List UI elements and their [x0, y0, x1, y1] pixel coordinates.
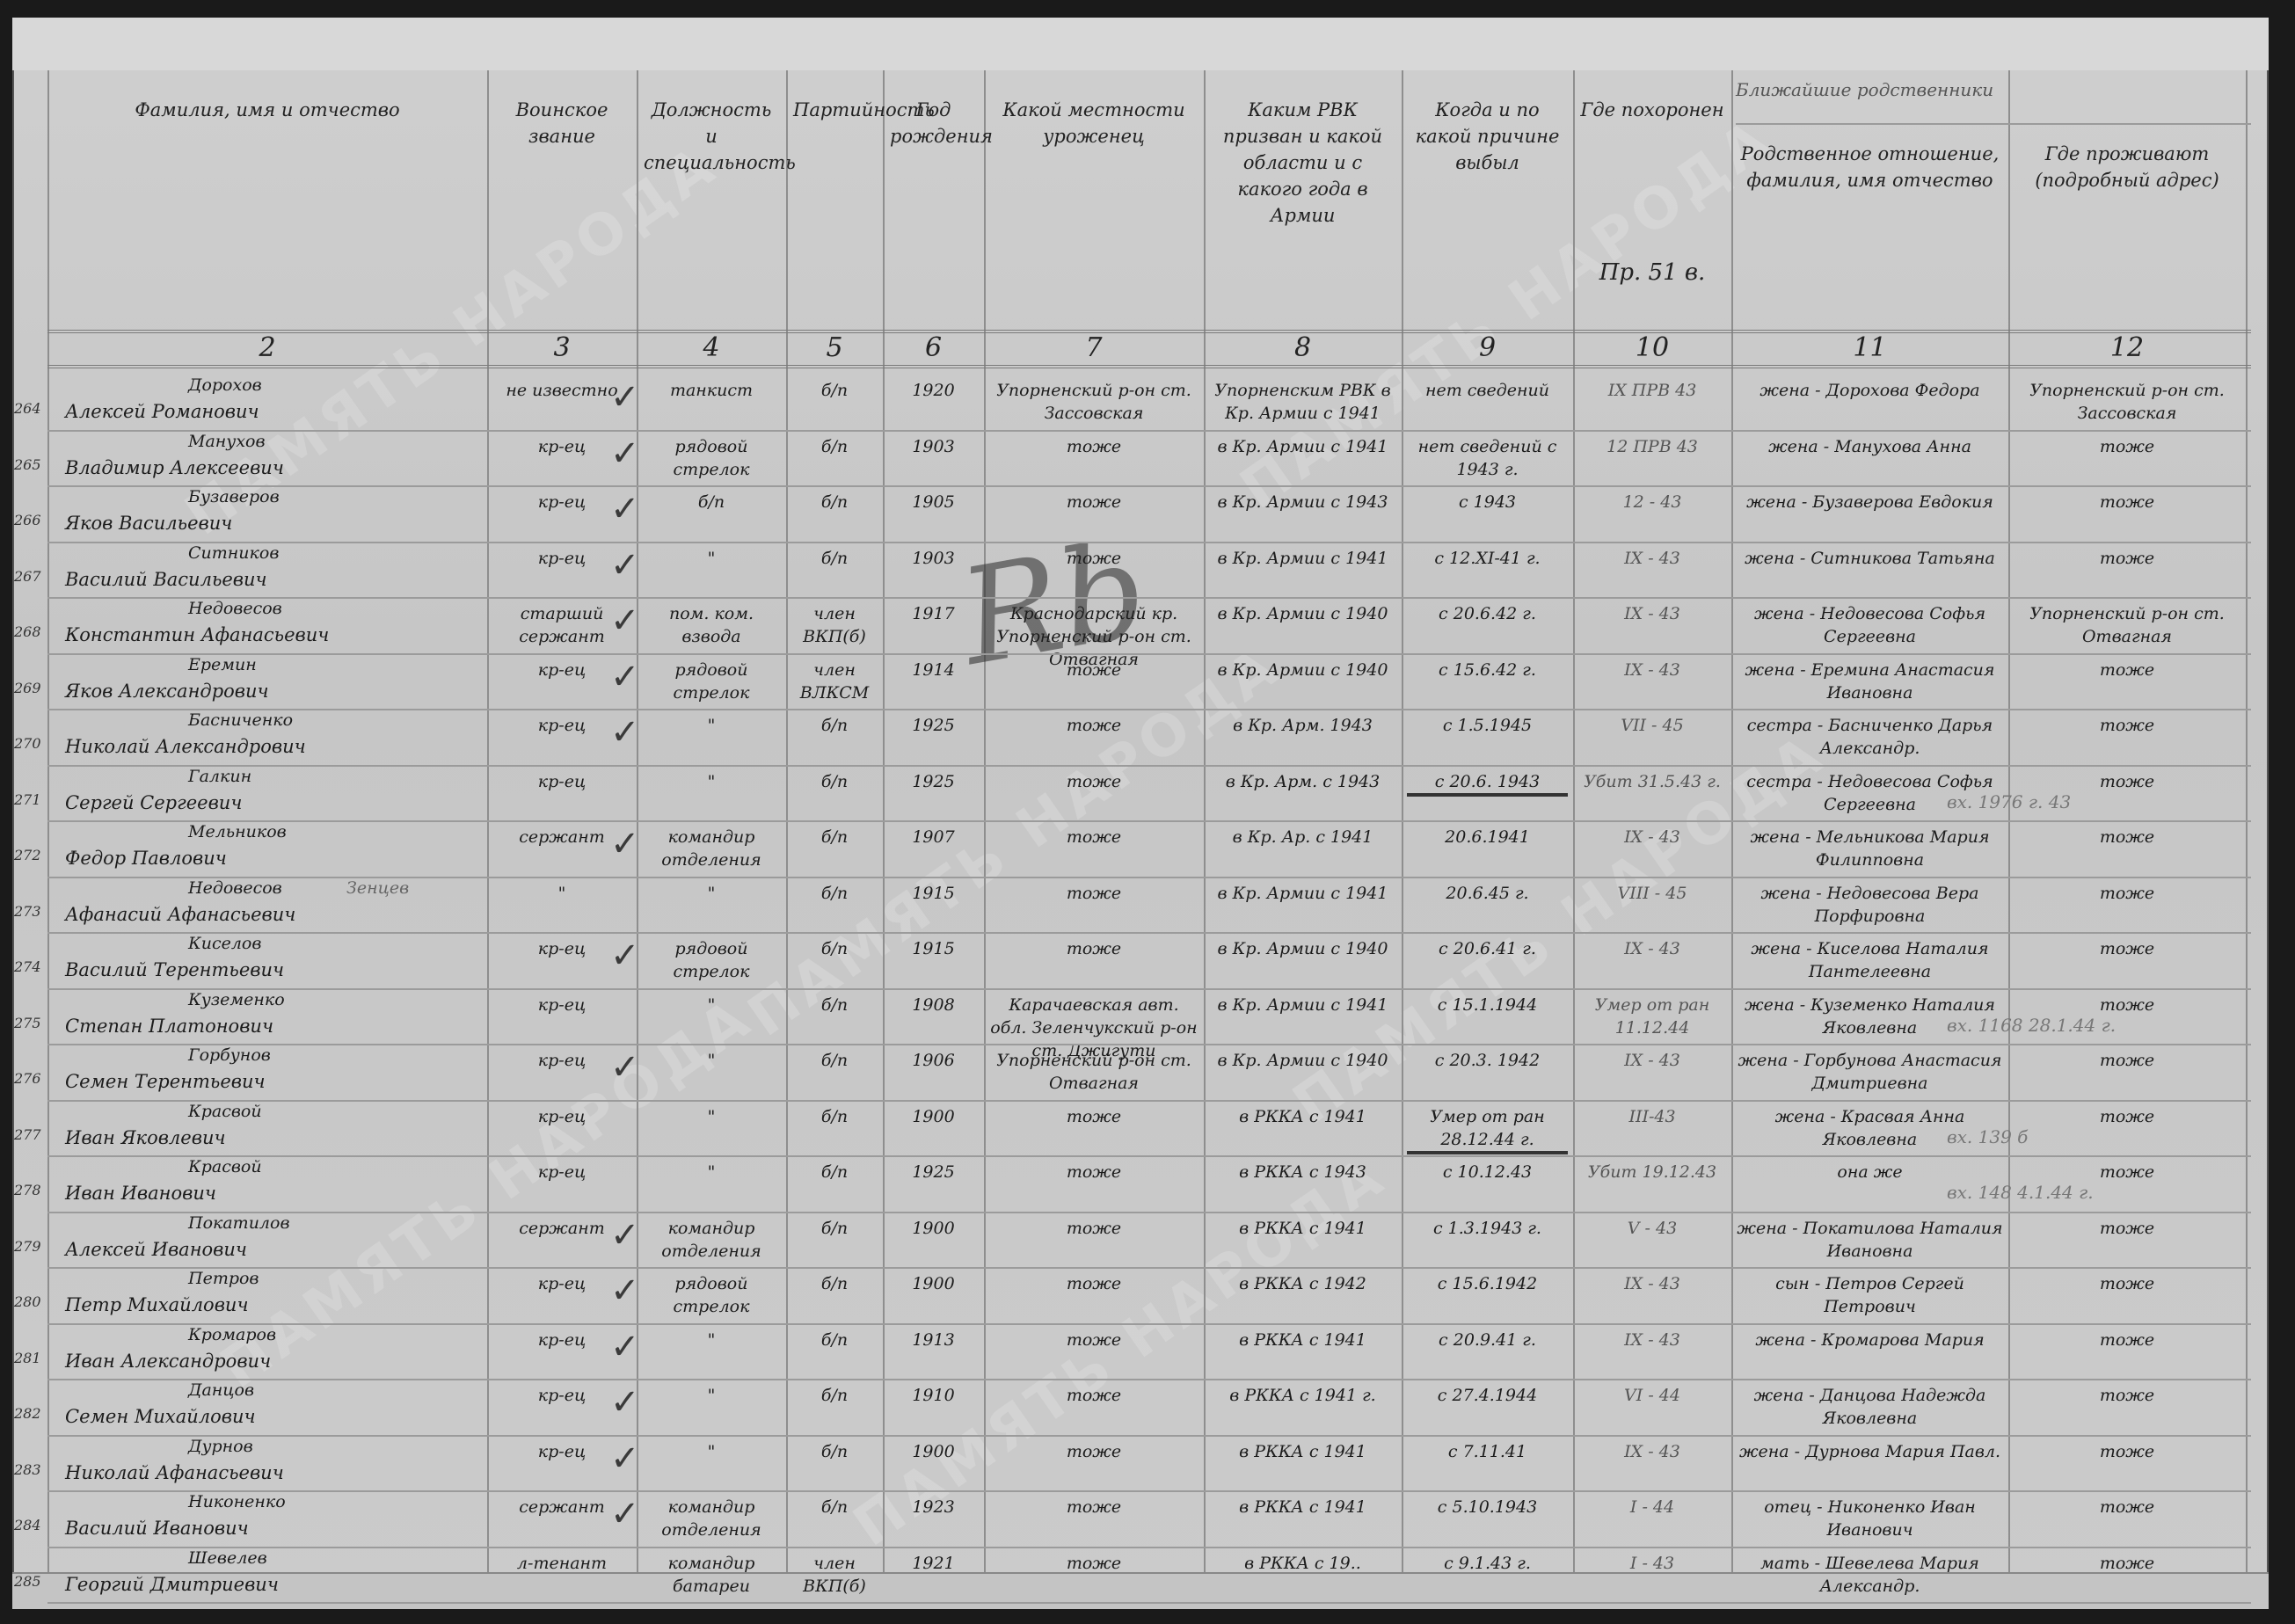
column-number-8: 8: [1204, 332, 1402, 363]
checkmark-icon: ✓: [610, 1215, 640, 1256]
surname: Бузаверов: [188, 485, 280, 508]
origin-value: тоже: [989, 491, 1198, 513]
rvk-value: в Кр. Армии с 1940: [1209, 937, 1396, 960]
given-names: Федор Павлович: [65, 847, 227, 870]
born-value: 1900: [888, 1217, 979, 1240]
table-row: 277КрасвойИван Яковлевичкр-ец"б/п1900тож…: [12, 1100, 2269, 1156]
origin-value: тоже: [989, 770, 1198, 793]
position-value: командир отделения: [642, 826, 781, 871]
given-names: Алексей Иванович: [65, 1238, 247, 1261]
born-value: 1921: [888, 1552, 979, 1575]
record-number: 265: [14, 456, 41, 473]
address-value: тоже: [2014, 435, 2240, 458]
table-row: 281КромаровИван Александровичкр-ец"б/п19…: [12, 1323, 2269, 1380]
rvk-value: в Кр. Ар. с 1941: [1209, 826, 1396, 848]
margin-note: вх. 148 4.1.44 г.: [1947, 1182, 2094, 1203]
given-names: Иван Иванович: [65, 1182, 216, 1205]
relative-value: жена - Кромарова Мария: [1737, 1329, 2003, 1351]
column-number-2: 2: [47, 332, 487, 363]
surname: Недовесов: [188, 877, 282, 899]
left-value: с 5.10.1943: [1407, 1496, 1568, 1518]
given-names: Семен Терентьевич: [65, 1070, 266, 1093]
position-value: ": [642, 882, 781, 905]
born-value: 1910: [888, 1384, 979, 1407]
rank-value: кр-ец: [492, 1161, 631, 1183]
surname: Манухов: [188, 430, 266, 453]
party-value: б/п: [791, 770, 878, 793]
burial-value: IX - 43: [1578, 1049, 1726, 1072]
address-value: тоже: [2014, 547, 2240, 570]
row-rule: [47, 1602, 2251, 1604]
address-value: тоже: [2014, 1161, 2240, 1183]
column-number-5: 5: [786, 332, 883, 363]
left-value: с 20.6.41 г.: [1407, 937, 1568, 960]
left-value: с 20.6.42 г.: [1407, 602, 1568, 625]
record-number: 283: [14, 1461, 41, 1478]
born-value: 1900: [888, 1272, 979, 1295]
origin-value: Упорненский р-он ст. Отвагная: [989, 1049, 1198, 1095]
checkmark-icon: ✓: [610, 1271, 640, 1311]
burial-value: IX - 43: [1578, 1272, 1726, 1295]
burial-value: IX - 43: [1578, 937, 1726, 960]
rvk-value: в РККА с 1941: [1209, 1217, 1396, 1240]
table-row: 271ГалкинСергей Сергеевичкр-ец"б/п1925то…: [12, 765, 2269, 821]
address-value: тоже: [2014, 491, 2240, 513]
position-value: ": [642, 994, 781, 1016]
rank-value: кр-ец: [492, 994, 631, 1016]
record-number: 277: [14, 1126, 41, 1143]
party-value: б/п: [791, 1049, 878, 1072]
relative-value: мать - Шевелева Мария Александр.: [1737, 1552, 2003, 1598]
position-value: ": [642, 1329, 781, 1351]
position-value: командир отделения: [642, 1496, 781, 1541]
surname: Ситников: [188, 542, 279, 564]
address-value: Упорненский р-он ст. Зассовская: [2014, 379, 2240, 425]
rvk-value: в Кр. Армии с 1941: [1209, 994, 1396, 1016]
party-value: б/п: [791, 882, 878, 905]
record-number: 264: [14, 400, 41, 417]
address-value: тоже: [2014, 659, 2240, 681]
origin-value: тоже: [989, 882, 1198, 905]
table-row: 274КиселовВасилий Терентьевичкр-ецрядово…: [12, 932, 2269, 988]
table-row: 268НедовесовКонстантин Афанасьевичстарши…: [12, 597, 2269, 653]
table-row: 273НедовесовЗенцевАфанасий Афанасьевич""…: [12, 877, 2269, 933]
rvk-value: в РККА с 1941 г.: [1209, 1384, 1396, 1407]
surname: Красвой: [188, 1100, 262, 1123]
given-names: Василий Васильевич: [65, 568, 267, 591]
given-names: Василий Терентьевич: [65, 958, 284, 981]
record-number: 268: [14, 623, 41, 640]
table-row: 285ШевелевГеоргий Дмитриевичл-тенанткома…: [12, 1547, 2269, 1603]
burial-value: IX - 43: [1578, 602, 1726, 625]
relative-value: жена - Киселова Наталия Пантелеевна: [1737, 937, 2003, 983]
record-number: 274: [14, 958, 41, 975]
checkmark-icon: ✓: [610, 824, 640, 864]
record-number: 278: [14, 1182, 41, 1198]
checkmark-icon: ✓: [610, 545, 640, 586]
born-value: 1907: [888, 826, 979, 848]
party-value: б/п: [791, 1217, 878, 1240]
checkmark-icon: ✓: [610, 489, 640, 529]
address-value: тоже: [2014, 770, 2240, 793]
position-value: рядовой стрелок: [642, 1272, 781, 1318]
surname: Красвой: [188, 1155, 262, 1178]
given-names: Василий Иванович: [65, 1517, 249, 1540]
left-value: с 12.XI-41 г.: [1407, 547, 1568, 570]
header-name: Фамилия, имя и отчество: [55, 97, 480, 123]
position-value: ": [642, 1440, 781, 1463]
margin-note: вх. 1168 28.1.44 г.: [1947, 1015, 2116, 1036]
rvk-value: в Кр. Арм. с 1943: [1209, 770, 1396, 793]
left-value: 20.6.45 г.: [1407, 882, 1568, 905]
surname-note: Зенцев: [346, 877, 409, 899]
relative-value: жена - Недовесова Софья Сергеевна: [1737, 602, 2003, 648]
party-value: член ВКП(б): [791, 1552, 878, 1598]
rvk-value: в Кр. Арм. 1943: [1209, 714, 1396, 737]
party-value: б/п: [791, 1272, 878, 1295]
origin-value: тоже: [989, 1440, 1198, 1463]
record-number: 281: [14, 1350, 41, 1366]
position-value: ": [642, 1049, 781, 1072]
burial-value: Умер от ран 11.12.44: [1578, 994, 1726, 1039]
left-value: с 1943: [1407, 491, 1568, 513]
given-names: Николай Афанасьевич: [65, 1461, 284, 1484]
sheet-top-edge: [12, 18, 2269, 70]
burial-value: 12 ПРВ 43: [1578, 435, 1726, 458]
rank-value: кр-ец: [492, 1105, 631, 1128]
surname: Куземенко: [188, 988, 285, 1011]
rank-value: кр-ец: [492, 770, 631, 793]
record-number: 269: [14, 680, 41, 696]
burial-value: VIII - 45: [1578, 882, 1726, 905]
address-value: тоже: [2014, 1272, 2240, 1295]
party-value: б/п: [791, 1161, 878, 1183]
position-value: танкист: [642, 379, 781, 402]
origin-value: тоже: [989, 714, 1198, 737]
given-names: Алексей Романович: [65, 400, 259, 423]
table-row: 266БузаверовЯков Васильевичкр-ецб/пб/п19…: [12, 485, 2269, 542]
born-value: 1913: [888, 1329, 979, 1351]
address-value: тоже: [2014, 1105, 2240, 1128]
relatives-group-divider: [1736, 123, 2251, 125]
column-number-4: 4: [637, 332, 786, 363]
left-value: с 1.3.1943 г.: [1407, 1217, 1568, 1240]
burial-value: IX ПРВ 43: [1578, 379, 1726, 402]
column-number-divider: [47, 365, 2251, 368]
surname: Никоненко: [188, 1490, 286, 1513]
origin-value: тоже: [989, 1496, 1198, 1518]
column-number-11: 11: [1731, 332, 2008, 363]
position-value: ": [642, 1105, 781, 1128]
rvk-value: в РККА с 1943: [1209, 1161, 1396, 1183]
column-number-7: 7: [984, 332, 1204, 363]
address-value: тоже: [2014, 714, 2240, 737]
address-value: тоже: [2014, 1329, 2240, 1351]
origin-value: тоже: [989, 826, 1198, 848]
address-value: тоже: [2014, 1217, 2240, 1240]
given-names: Яков Александрович: [65, 680, 269, 703]
surname: Еремин: [188, 653, 257, 676]
party-value: б/п: [791, 826, 878, 848]
surname: Петров: [188, 1267, 259, 1290]
burial-value: IX - 43: [1578, 547, 1726, 570]
position-value: командир батареи: [642, 1552, 781, 1598]
left-value: Умер от ран 28.12.44 г.: [1407, 1105, 1568, 1154]
born-value: 1903: [888, 547, 979, 570]
address-value: тоже: [2014, 1049, 2240, 1072]
rvk-value: в Кр. Армии с 1941: [1209, 882, 1396, 905]
born-value: 1925: [888, 1161, 979, 1183]
origin-value: тоже: [989, 1384, 1198, 1407]
table-row: 282ДанцовСемен Михайловичкр-ец"б/п1910то…: [12, 1379, 2269, 1435]
rvk-value: в РККА с 1941: [1209, 1105, 1396, 1128]
party-value: б/п: [791, 1440, 878, 1463]
rvk-value: в Кр. Армии с 1941: [1209, 547, 1396, 570]
left-value: с 20.3. 1942: [1407, 1049, 1568, 1072]
origin-value: Упорненский р-он ст. Зассовская: [989, 379, 1198, 425]
origin-value: тоже: [989, 1329, 1198, 1351]
left-value: с 20.9.41 г.: [1407, 1329, 1568, 1351]
born-value: 1900: [888, 1105, 979, 1128]
burial-value: III-43: [1578, 1105, 1726, 1128]
checkmark-icon: ✓: [610, 712, 640, 753]
given-names: Владимир Алексеевич: [65, 456, 284, 479]
relative-value: сын - Петров Сергей Петрович: [1737, 1272, 2003, 1318]
table-row: 275КуземенкоСтепан Платоновичкр-ец"б/п19…: [12, 988, 2269, 1045]
position-value: ": [642, 547, 781, 570]
record-number: 271: [14, 791, 41, 808]
position-value: рядовой стрелок: [642, 937, 781, 983]
surname: Киселов: [188, 932, 261, 955]
register-sheet: ПАМЯТЬ НАРОДА ПАМЯТЬ НАРОДА ПАМЯТЬ НАРОД…: [12, 18, 2269, 1609]
rvk-value: в Кр. Армии с 1940: [1209, 1049, 1396, 1072]
relative-value: жена - Дорохова Федора: [1737, 379, 2003, 402]
origin-value: тоже: [989, 435, 1198, 458]
table-row: 264ДороховАлексей Романовичне известнота…: [12, 374, 2269, 430]
record-number: 280: [14, 1293, 41, 1310]
position-value: командир отделения: [642, 1217, 781, 1263]
table-row: 270БасниченкоНиколай Александровичкр-ец"…: [12, 709, 2269, 765]
born-value: 1915: [888, 937, 979, 960]
checkmark-icon: ✓: [610, 601, 640, 641]
rank-value: л-тенант: [492, 1552, 631, 1575]
relative-value: она же: [1737, 1161, 2003, 1183]
born-value: 1915: [888, 882, 979, 905]
surname: Шевелев: [188, 1547, 267, 1569]
record-number: 267: [14, 568, 41, 585]
header-burial: Где похоронен: [1580, 97, 1724, 123]
party-value: б/п: [791, 1384, 878, 1407]
address-value: тоже: [2014, 1440, 2240, 1463]
relative-value: жена - Ситникова Татьяна: [1737, 547, 2003, 570]
burial-value: IX - 43: [1578, 659, 1726, 681]
address-value: тоже: [2014, 1384, 2240, 1407]
record-number: 276: [14, 1070, 41, 1087]
rank-value: ": [492, 882, 631, 905]
record-number: 266: [14, 512, 41, 528]
rvk-value: в Кр. Армии с 1940: [1209, 659, 1396, 681]
address-value: Упорненский р-он ст. Отвагная: [2014, 602, 2240, 648]
burial-value: IX - 43: [1578, 1440, 1726, 1463]
burial-value: VI - 44: [1578, 1384, 1726, 1407]
burial-value: IX - 43: [1578, 1329, 1726, 1351]
given-names: Георгий Дмитриевич: [65, 1573, 279, 1596]
rvk-value: Упорненским РВК в Кр. Армии с 1941: [1209, 379, 1396, 425]
born-value: 1905: [888, 491, 979, 513]
margin-note: вх. 139 б: [1947, 1126, 2028, 1147]
party-value: б/п: [791, 547, 878, 570]
header-rank: Воинское звание: [494, 97, 630, 149]
surname: Данцов: [188, 1379, 254, 1402]
column-number-12: 12: [2008, 332, 2246, 363]
left-value: с 10.12.43: [1407, 1161, 1568, 1183]
relative-value: отец - Никоненко Иван Иванович: [1737, 1496, 2003, 1541]
given-names: Константин Афанасьевич: [65, 623, 329, 646]
relative-value: жена - Горбунова Анастасия Дмитриевна: [1737, 1049, 2003, 1095]
given-names: Николай Александрович: [65, 735, 306, 758]
born-value: 1917: [888, 602, 979, 625]
checkmark-icon: ✓: [610, 1047, 640, 1088]
left-value: 20.6.1941: [1407, 826, 1568, 848]
rvk-value: в Кр. Армии с 1941: [1209, 435, 1396, 458]
checkmark-icon: ✓: [610, 377, 640, 418]
header-party: Партийность: [793, 97, 876, 123]
record-number: 285: [14, 1573, 41, 1590]
left-value: с 9.1.43 г.: [1407, 1552, 1568, 1575]
left-value: с 15.6.1942: [1407, 1272, 1568, 1295]
position-value: ": [642, 1161, 781, 1183]
table-row: 267СитниковВасилий Васильевичкр-ец"б/п19…: [12, 542, 2269, 598]
surname: Басниченко: [188, 709, 293, 732]
relative-value: жена - Еремина Анастасия Ивановна: [1737, 659, 2003, 704]
rvk-value: в РККА с 1941: [1209, 1440, 1396, 1463]
origin-value: тоже: [989, 547, 1198, 570]
checkmark-icon: ✓: [610, 1438, 640, 1479]
surname: Галкин: [188, 765, 251, 788]
burial-value: IX - 43: [1578, 826, 1726, 848]
checkmark-icon: ✓: [610, 1382, 640, 1423]
party-value: б/п: [791, 937, 878, 960]
given-names: Петр Михайлович: [65, 1293, 249, 1316]
column-number-9: 9: [1402, 332, 1573, 363]
origin-value: тоже: [989, 1105, 1198, 1128]
left-value: с 1.5.1945: [1407, 714, 1568, 737]
party-value: б/п: [791, 994, 878, 1016]
position-value: пом. ком. взвода: [642, 602, 781, 648]
record-number: 282: [14, 1405, 41, 1422]
party-value: б/п: [791, 1329, 878, 1351]
table-row: 280ПетровПетр Михайловичкр-ецрядовой стр…: [12, 1267, 2269, 1323]
relative-value: жена - Дурнова Мария Павл.: [1737, 1440, 2003, 1463]
rvk-value: в РККА с 1941: [1209, 1496, 1396, 1518]
left-value: с 27.4.1944: [1407, 1384, 1568, 1407]
relative-value: жена - Бузаверова Евдокия: [1737, 491, 2003, 513]
given-names: Степан Платонович: [65, 1015, 273, 1038]
born-value: 1925: [888, 770, 979, 793]
table-row: 279ПокатиловАлексей Ивановичсержанткоман…: [12, 1212, 2269, 1268]
origin-value: тоже: [989, 1217, 1198, 1240]
record-number: 275: [14, 1015, 41, 1031]
born-value: 1914: [888, 659, 979, 681]
given-names: Сергей Сергеевич: [65, 791, 242, 814]
relative-value: жена - Покатилова Наталия Ивановна: [1737, 1217, 2003, 1263]
checkmark-icon: ✓: [610, 1327, 640, 1367]
left-value: нет сведений: [1407, 379, 1568, 402]
burial-value: VII - 45: [1578, 714, 1726, 737]
left-value: с 15.6.42 г.: [1407, 659, 1568, 681]
address-value: тоже: [2014, 1496, 2240, 1518]
table-row: 278КрасвойИван Ивановичкр-ец"б/п1925тоже…: [12, 1155, 2269, 1212]
left-value: с 20.6. 1943: [1407, 770, 1568, 797]
header-left: Когда и по какой причине выбыл: [1409, 97, 1566, 176]
burial-value: 12 - 43: [1578, 491, 1726, 513]
born-value: 1900: [888, 1440, 979, 1463]
origin-value: тоже: [989, 937, 1198, 960]
born-value: 1925: [888, 714, 979, 737]
record-number: 270: [14, 735, 41, 752]
surname: Дурнов: [188, 1435, 253, 1458]
burial-value: I - 44: [1578, 1496, 1726, 1518]
relative-value: жена - Недовесова Вера Порфировна: [1737, 882, 2003, 928]
given-names: Иван Яковлевич: [65, 1126, 226, 1149]
surname: Горбунов: [188, 1044, 271, 1067]
born-value: 1903: [888, 435, 979, 458]
header-rvk: Каким РВК призван и какой области и с ка…: [1211, 97, 1395, 229]
relative-value: жена - Манухова Анна: [1737, 435, 2003, 458]
address-value: тоже: [2014, 826, 2240, 848]
born-value: 1908: [888, 994, 979, 1016]
born-value: 1923: [888, 1496, 979, 1518]
relative-value: сестра - Басниченко Дарья Александр.: [1737, 714, 2003, 760]
record-number: 284: [14, 1517, 41, 1533]
checkmark-icon: ✓: [610, 433, 640, 474]
surname: Недовесов: [188, 597, 282, 620]
origin-value: тоже: [989, 1552, 1198, 1575]
surname: Мельников: [188, 820, 287, 843]
rvk-value: в РККА с 19..: [1209, 1552, 1396, 1575]
table-row: 283ДурновНиколай Афанасьевичкр-ец"б/п190…: [12, 1435, 2269, 1491]
burial-value: Убит 19.12.43: [1578, 1161, 1726, 1183]
address-value: тоже: [2014, 882, 2240, 905]
column-number-10: 10: [1573, 332, 1731, 363]
born-value: 1906: [888, 1049, 979, 1072]
relatives-group-header: Ближайшие родственники: [1736, 79, 1993, 100]
given-names: Яков Васильевич: [65, 512, 232, 535]
surname: Покатилов: [188, 1212, 290, 1234]
party-value: член ВЛКСМ: [791, 659, 878, 704]
checkmark-icon: ✓: [610, 1494, 640, 1534]
surname: Дорохов: [188, 374, 262, 397]
header-relative: Родственное отношение, фамилия, имя отче…: [1738, 141, 2001, 193]
relative-value: жена - Мельникова Мария Филипповна: [1737, 826, 2003, 871]
column-number-6: 6: [883, 332, 984, 363]
left-value: с 15.1.1944: [1407, 994, 1568, 1016]
origin-value: тоже: [989, 1161, 1198, 1183]
left-value: нет сведений с 1943 г.: [1407, 435, 1568, 481]
party-value: член ВКП(б): [791, 602, 878, 648]
position-value: рядовой стрелок: [642, 659, 781, 704]
table-row: 265МануховВладимир Алексеевичкр-ецрядово…: [12, 430, 2269, 486]
position-value: ": [642, 770, 781, 793]
given-names: Семен Михайлович: [65, 1405, 256, 1428]
header-address: Где проживают (подробный адрес): [2015, 141, 2239, 193]
position-value: ": [642, 714, 781, 737]
checkmark-icon: ✓: [610, 657, 640, 697]
header-origin: Какой местности уроженец: [991, 97, 1197, 149]
address-value: тоже: [2014, 937, 2240, 960]
position-value: ": [642, 1384, 781, 1407]
checkmark-icon: ✓: [610, 936, 640, 976]
